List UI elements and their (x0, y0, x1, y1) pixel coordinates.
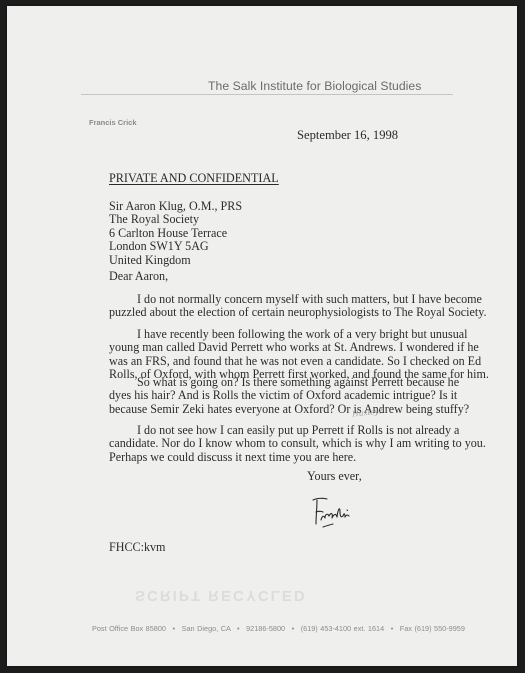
address-line: Sir Aaron Klug, O.M., PRS (109, 200, 242, 213)
reference-initials: FHCC:kvm (109, 541, 165, 554)
letter-page: The Salk Institute for Biological Studie… (7, 6, 517, 666)
paragraph-line: I do not normally concern myself with su… (109, 293, 487, 306)
paragraph-line: dyes his hair? And is Rolls the victim o… (109, 389, 469, 402)
signature-icon (307, 494, 367, 534)
show-through-logo: SCRIPT RECYCLED (135, 587, 307, 604)
closing: Yours ever, (307, 470, 362, 483)
footer-po-box: Post Office Box 85800 (92, 624, 166, 633)
paragraph-line: young man called David Perrett who works… (109, 341, 489, 354)
footer-separator: • (173, 624, 176, 633)
letterhead-sender: Francis Crick (89, 118, 137, 127)
footer-separator: • (391, 624, 394, 633)
paragraph-1: I do not normally concern myself with su… (109, 293, 487, 320)
paragraph-2: I have recently been following the work … (109, 328, 489, 382)
recipient-address: Sir Aaron Klug, O.M., PRS The Royal Soci… (109, 200, 242, 267)
footer-separator: • (237, 624, 240, 633)
address-line: The Royal Society (109, 213, 242, 226)
paragraph-line: I have recently been following the work … (109, 328, 489, 341)
paragraph-line: was an FRS, and found that he was not ev… (109, 355, 489, 368)
footer-phone: (619) 453-4100 ext. 1614 (301, 624, 384, 633)
footer-zip: 92186-5800 (246, 624, 285, 633)
footer-city: San Diego, CA (182, 624, 231, 633)
paragraph-line: So what is going on? Is there something … (109, 376, 469, 389)
paragraph-line: I do not see how I can easily put up Per… (109, 424, 486, 437)
handwritten-annotation: Huxley? (352, 406, 383, 418)
confidential-heading: PRIVATE AND CONFIDENTIAL (109, 171, 279, 186)
paragraph-line: Perhaps we could discuss it next time yo… (109, 451, 486, 464)
letterhead-institute: The Salk Institute for Biological Studie… (208, 79, 421, 93)
letterhead-footer: Post Office Box 85800 • San Diego, CA • … (92, 624, 465, 633)
footer-separator: • (292, 624, 295, 633)
handwritten-signature (307, 494, 367, 539)
paragraph-line: puzzled about the election of certain ne… (109, 306, 487, 319)
paragraph-3: So what is going on? Is there something … (109, 376, 469, 416)
paragraph-line: candidate. Nor do I know whom to consult… (109, 437, 486, 450)
address-line: London SW1Y 5AG (109, 240, 242, 253)
salutation: Dear Aaron, (109, 270, 168, 283)
address-line: United Kingdom (109, 254, 242, 267)
address-line: 6 Carlton House Terrace (109, 227, 242, 240)
paragraph-4: I do not see how I can easily put up Per… (109, 424, 486, 464)
letter-date: September 16, 1998 (297, 128, 398, 143)
letterhead-rule (81, 94, 453, 95)
footer-fax: Fax (619) 550-9959 (400, 624, 465, 633)
paragraph-line: because Semir Zeki hates everyone at Oxf… (109, 403, 469, 416)
